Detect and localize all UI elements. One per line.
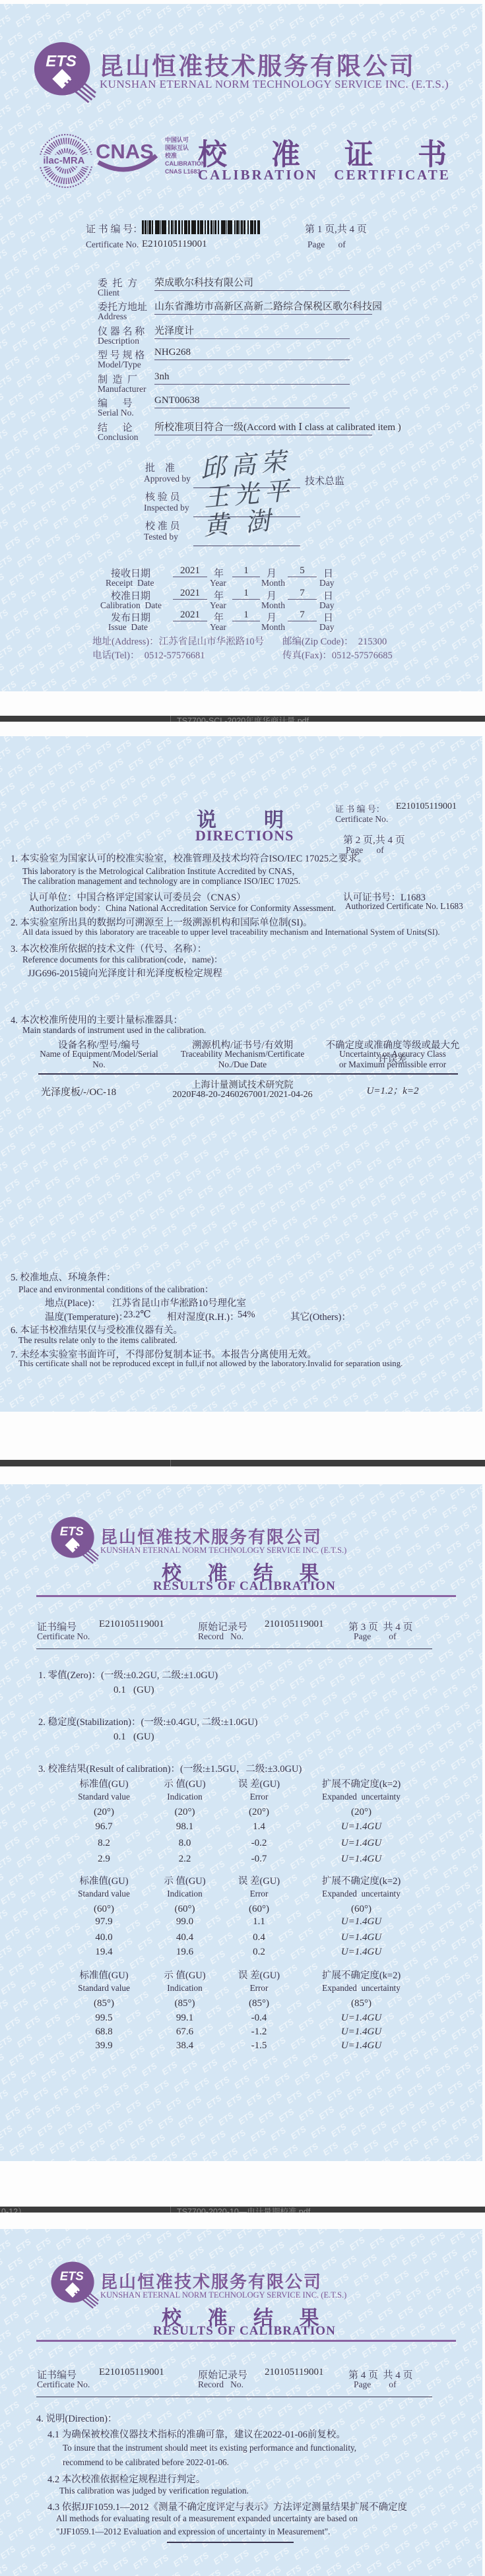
field-label-en: Description — [98, 336, 139, 346]
company-name-en: KUNSHAN ETERNAL NORM TECHNOLOGY SERVICE … — [100, 1546, 346, 1555]
divider-rule — [36, 2397, 432, 2397]
col-indication-en: Indication — [142, 1792, 228, 1802]
standard-value: 2.9 — [59, 1854, 148, 1865]
certificate-no-label-en: Certificate No. — [37, 1631, 90, 1642]
traceability-cert-no-due: 2020F48-20-2460267001/2021-04-26 — [165, 1090, 320, 1100]
angle-60: (60°) — [59, 1904, 148, 1915]
company-name-cn: 昆山恒准技术服务有限公司 — [100, 2269, 322, 2293]
error-value: 1.4 — [218, 1821, 300, 1833]
col-indication-en: Indication — [142, 1983, 228, 1994]
field-label-en: Model/Type — [98, 360, 141, 370]
company-name-en: KUNSHAN ETERNAL NORM TECHNOLOGY SERVICE … — [100, 78, 449, 91]
humidity-label: 相对湿度(R.H.)： — [167, 1309, 240, 1323]
indication-value: 8.0 — [142, 1838, 228, 1849]
standard-value: 8.2 — [59, 1838, 148, 1849]
indication-value: 99.1 — [142, 2013, 228, 2024]
uncertainty-value: U=1.4GU — [307, 1932, 416, 1943]
col-uncertainty-en: Expanded uncertainty — [307, 1792, 416, 1802]
col-standard-en: Standard value — [59, 1983, 148, 1994]
ets-logo — [50, 1516, 99, 1565]
direction-item-1-en: The calibration management and technolog… — [22, 876, 300, 887]
certificate-no-value: E210105119001 — [99, 2367, 164, 2378]
note-4-3-en2: "JJF1059.1—2012 Evaluation and expressio… — [56, 2527, 330, 2537]
ets-logo — [50, 2261, 99, 2309]
tester-label-en: Tested by — [144, 532, 178, 542]
inspector-label-cn: 核 验 员 — [145, 489, 180, 503]
col-error-cn: 误 差(GU) — [218, 1968, 300, 1982]
ets-logo — [33, 41, 96, 104]
page-number-en: Page of — [307, 239, 346, 250]
error-value: -0.7 — [218, 1854, 300, 1865]
place-value: 江苏省昆山市华淞路10号理化室 — [112, 1296, 246, 1309]
end-of-report-rule — [167, 2542, 294, 2543]
field-value-description: 光泽度计 — [154, 323, 350, 339]
direction-item-6-en: The results relate only to the items cal… — [18, 1335, 178, 1346]
page-4-results-of-calibration: 昆山恒准技术服务有限公司 KUNSHAN ETERNAL NORM TECHNO… — [0, 2229, 482, 2576]
angle-60: (60°) — [142, 1904, 228, 1915]
standard-value: 96.7 — [59, 1821, 148, 1833]
col-indication-en: Indication — [142, 1889, 228, 1899]
standard-value: 97.9 — [59, 1916, 148, 1928]
direction-item-6-cn: 6. 本证书校准结果仅与受校准仪器有关。 — [11, 1323, 183, 1336]
page-3-results-of-calibration: 昆山恒准技术服务有限公司 KUNSHAN ETERNAL NORM TECHNO… — [0, 1484, 482, 2161]
uncertainty-value: U=1.4GU — [307, 2013, 416, 2024]
direction-item-2-cn: 2. 本实验室所出具的数据均可溯源至上一级溯源机构和国际单位制(SI)。 — [11, 915, 313, 929]
calibration-day: 7 — [288, 588, 317, 600]
col-error-en: Error — [218, 1792, 300, 1802]
page-number-cn: 第 2 页,共 4 页 — [343, 832, 405, 846]
indication-value: 99.0 — [142, 1916, 228, 1928]
direction-item-2-en: All data issued by this laboratory are t… — [22, 927, 440, 937]
note-4-3-en: All methods for evaluating result of a m… — [56, 2513, 358, 2524]
certificate-no-label-cn: 证 书 编 号： — [86, 222, 143, 236]
uncertainty-value: U=1.4GU — [307, 2040, 416, 2052]
calibration-month: 1 — [232, 588, 260, 600]
reference-document: JJG696-2015镜向光泽度计和光泽度板检定规程 — [28, 966, 222, 980]
cnas-logo — [95, 139, 162, 177]
note-4-2-cn: 4.2 本次校准依据检定规程进行判定。 — [48, 2472, 205, 2486]
tester-signature: 黄 澍 — [202, 499, 277, 542]
col-uncertainty-cn: 扩展不确定度(k=2) — [307, 1873, 416, 1887]
standard-value: 39.9 — [59, 2040, 148, 2052]
col-standard-cn: 标准值(GU) — [59, 1968, 148, 1982]
traceability-institute: 上海计量测试技术研究院 — [165, 1078, 320, 1091]
standard-value: 99.5 — [59, 2013, 148, 2024]
pdf-page-separator — [0, 1460, 485, 1466]
zero-item-label: 1. 零值(Zero)：(一级:±0.2GU, 二级:±1.0GU) — [38, 1668, 218, 1681]
temperature-value: 23.2℃ — [123, 1309, 151, 1321]
separator-divider — [170, 2207, 171, 2213]
col-standard-cn: 标准值(GU) — [59, 1873, 148, 1887]
angle-60: (60°) — [218, 1904, 300, 1915]
year-unit-en: Year — [210, 622, 226, 633]
lab-address: 地址(Address)：江苏省昆山市华淞路10号 — [92, 634, 264, 648]
angle-20: (20°) — [307, 1807, 416, 1818]
pdf-page-separator: 0-12） TS7700-2020-10—电计量期校准.pdf — [0, 2207, 485, 2213]
standard-value: 68.8 — [59, 2026, 148, 2038]
standard-value: 19.4 — [59, 1947, 148, 1958]
accreditation-body-en: Authorization body：China National Accred… — [29, 901, 336, 914]
approver-title: 技术总监 — [305, 474, 344, 487]
col-standard-en: Standard value — [59, 1792, 148, 1802]
month-unit-en: Month — [261, 578, 285, 588]
direction-item-1-cn: 1. 本实验室为国家认可的校准实验室，校准管理及技术均符合ISO/IEC 170… — [11, 851, 367, 865]
note-4-2-en: This calibration was judged by verificat… — [59, 2486, 249, 2496]
uncertainty-value: U=1.4GU — [307, 2026, 416, 2038]
indication-value: 19.6 — [142, 1947, 228, 1958]
pdf-filename-text: TS7700-SCL-2020年度华商计量.pdf — [177, 716, 309, 722]
field-value-manufacturer: 3nh — [154, 371, 350, 385]
month-unit-en: Month — [261, 622, 285, 633]
year-unit-en: Year — [210, 600, 226, 611]
calibration-year: 2021 — [173, 588, 207, 600]
note-4-3-cn: 4.3 依据JJF1059.1—2012《测量不确定度评定与表示》方法评定测量结… — [48, 2499, 482, 2513]
standard-equipment-name: 光泽度板/-/OC-18 — [41, 1084, 116, 1098]
signature-line — [193, 546, 300, 546]
uncertainty-value: U=1.4GU — [307, 1838, 416, 1849]
month-unit-en: Month — [261, 600, 285, 611]
certificate-no-value: E210105119001 — [396, 801, 457, 812]
angle-20: (20°) — [59, 1807, 148, 1818]
lab-telephone: 电话(Tel)： 0512-57576681 — [92, 648, 205, 662]
field-value-client: 荣成歌尔科技有限公司 — [154, 275, 350, 291]
scanned-calibration-certificate-document: 昆山恒准技术服务有限公司 KUNSHAN ETERNAL NORM TECHNO… — [0, 0, 485, 2576]
direction-item-4-en: Main standards of instrument used in the… — [22, 1025, 206, 1036]
error-value: -0.4 — [218, 2013, 300, 2024]
direction-item-4-cn: 4. 本次校准所使用的主要计量标准器具： — [11, 1013, 183, 1026]
direction-item-5-en: Place and environmental conditions of th… — [18, 1282, 213, 1295]
stabilization-item-label: 2. 稳定度(Stabilization)：(一级:±0.4GU, 二级:±1.… — [38, 1714, 257, 1728]
page-2-directions: 说 明 DIRECTIONS 证 书 编 号： E210105119001 Ce… — [0, 736, 482, 1412]
accreditation-cert-no-en: Authorized Certificate No. L1683 — [345, 901, 463, 912]
tester-label-cn: 校 准 员 — [145, 518, 180, 532]
place-label: 地点(Place)： — [45, 1296, 101, 1309]
col-indication-cn: 示 值(GU) — [142, 1776, 228, 1790]
table-header-rule — [38, 1073, 458, 1075]
company-name-cn: 昆山恒准技术服务有限公司 — [100, 1524, 322, 1548]
uncertainty-value: U=1.4GU — [307, 1916, 416, 1928]
lab-fax: 传真(Fax)：0512-57576685 — [282, 648, 393, 662]
approver-label-en: Approved by — [144, 474, 191, 484]
result-item-label: 3. 校准结果(Result of calibration)：(一级:±1.5G… — [38, 1761, 302, 1775]
separator-divider — [170, 716, 171, 722]
record-no-label-en: Record No. — [198, 2379, 243, 2390]
stabilization-value: 0.1 (GU) — [113, 1732, 154, 1743]
note-4-1-en2: recommend to be calibrated before 2022-0… — [63, 2457, 229, 2468]
temperature-label: 温度(Temperature)： — [45, 1309, 128, 1323]
indication-value: 40.4 — [142, 1932, 228, 1943]
angle-20: (20°) — [218, 1807, 300, 1818]
field-label-en: Client — [98, 288, 119, 298]
header-rule — [36, 1595, 456, 1597]
direction-item-7-en: This certificate shall not be reproduced… — [18, 1359, 403, 1369]
inspector-label-en: Inspected by — [144, 503, 189, 513]
pdf-filename-text: TS7700-2020-10—电计量期校准.pdf — [177, 2207, 310, 2213]
note-4-1-cn: 4.1 为确保被校准仪器技术指标的准确可靠，建议在2022-01-06前复校。 — [48, 2427, 346, 2441]
col-error-cn: 误 差(GU) — [218, 1776, 300, 1790]
issue-date-label-en: Issue Date — [108, 622, 148, 633]
certificate-no-label-cn: 证 书 编 号： — [335, 802, 385, 815]
field-label-en: Manufacturer — [98, 384, 146, 394]
field-value-model: NHG268 — [154, 347, 350, 360]
error-value: -1.2 — [218, 2026, 300, 2038]
angle-85: (85°) — [59, 1998, 148, 2009]
uncertainty-value: U=1.4GU — [307, 1821, 416, 1833]
col-uncertainty-en: Expanded uncertainty — [307, 1983, 416, 1994]
uncertainty-value: U=1.4GU — [307, 1947, 416, 1958]
table-header-uncertainty-en2: or Maximum permissible error — [323, 1059, 462, 1070]
direction-item-1-en: This laboratory is the Metrological Cali… — [22, 864, 301, 877]
company-name-cn: 昆山恒准技术服务有限公司 — [99, 46, 416, 82]
pdf-filename-fragment: 0-12） — [1, 2207, 26, 2213]
col-indication-cn: 示 值(GU) — [142, 1873, 228, 1887]
day-unit-en: Day — [319, 600, 335, 611]
angle-60: (60°) — [307, 1904, 416, 1915]
lab-zipcode: 邮编(Zip Code)： 215300 — [282, 634, 387, 648]
field-label-en: Serial No. — [98, 408, 134, 418]
indication-value: 38.4 — [142, 2040, 228, 2052]
standard-value: 40.0 — [59, 1932, 148, 1943]
direction-item-3-en: Reference documents for this calibration… — [22, 953, 222, 965]
humidity-value: 54% — [238, 1309, 255, 1321]
indication-value: 98.1 — [142, 1821, 228, 1833]
direction-item-5-cn: 5. 校准地点、环境条件： — [11, 1270, 116, 1284]
ilac-mra-logo — [38, 133, 94, 189]
col-indication-cn: 示 值(GU) — [142, 1968, 228, 1982]
col-uncertainty-cn: 扩展不确定度(k=2) — [307, 1776, 416, 1790]
error-value: 0.4 — [218, 1932, 300, 1943]
document-title-en: CALIBRATION CERTIFICATE — [198, 167, 451, 183]
certificate-barcode — [142, 220, 261, 234]
field-label-en: Address — [98, 311, 127, 322]
certificate-no-label-en: Certificate No. — [335, 814, 388, 825]
error-value: 1.1 — [218, 1916, 300, 1928]
page-number-en: Page of — [354, 1631, 397, 1642]
results-title-en: RESULTS OF CALIBRATION — [153, 2324, 336, 2339]
direction-section-title: 4. 说明(Direction)： — [36, 2411, 117, 2425]
col-error-cn: 误 差(GU) — [218, 1873, 300, 1887]
col-uncertainty-cn: 扩展不确定度(k=2) — [307, 1968, 416, 1982]
record-no-label-en: Record No. — [198, 1631, 243, 1642]
issue-day: 7 — [288, 610, 317, 621]
separator-divider — [170, 1460, 171, 1466]
error-value: -0.2 — [218, 1838, 300, 1849]
year-unit-en: Year — [210, 578, 226, 588]
company-name-en: KUNSHAN ETERNAL NORM TECHNOLOGY SERVICE … — [100, 2290, 346, 2300]
field-label-en: Conclusion — [98, 432, 139, 443]
page-number-en: Page of — [354, 2379, 397, 2390]
col-standard-cn: 标准值(GU) — [59, 1776, 148, 1790]
angle-85: (85°) — [142, 1998, 228, 2009]
receipt-month: 1 — [232, 565, 260, 577]
calibration-date-label-en: Calibration Date — [100, 600, 162, 611]
record-no-value: 210105119001 — [265, 2367, 323, 2378]
page-1-calibration-certificate: 昆山恒准技术服务有限公司 KUNSHAN ETERNAL NORM TECHNO… — [0, 4, 482, 691]
col-standard-en: Standard value — [59, 1889, 148, 1899]
approver-label-cn: 批 准 — [145, 460, 175, 474]
field-value-conclusion: 所校准项目符合一级(Accord with Ⅰ class at calibra… — [154, 420, 372, 435]
certificate-no-label-en: Certificate No. — [86, 239, 139, 250]
col-uncertainty-en: Expanded uncertainty — [307, 1889, 416, 1899]
day-unit-en: Day — [319, 622, 335, 633]
pdf-page-separator: TS7700-SCL-2020年度华商计量.pdf — [0, 716, 485, 722]
zero-value: 0.1 (GU) — [113, 1685, 154, 1696]
field-value-serial-no: GNT00638 — [154, 395, 350, 408]
certificate-no-label-en: Certificate No. — [37, 2379, 90, 2390]
day-unit-en: Day — [319, 578, 335, 588]
issue-year: 2021 — [173, 610, 207, 621]
angle-20: (20°) — [142, 1807, 228, 1818]
results-title-en: RESULTS OF CALIBRATION — [153, 1579, 336, 1594]
indication-value: 2.2 — [142, 1854, 228, 1865]
note-4-1-en: To insure that the instrument should mee… — [63, 2443, 356, 2453]
standard-uncertainty: U=1.2；k=2 — [323, 1083, 462, 1097]
issue-month: 1 — [232, 610, 260, 621]
certificate-no-value: E210105119001 — [99, 1619, 164, 1630]
certificate-no-value: E210105119001 — [142, 239, 207, 250]
page-number-cn: 第 1 页,共 4 页 — [305, 222, 367, 236]
field-value-address: 山东省潍坊市高新区高新二路综合保税区歌尔科技园 — [154, 299, 372, 315]
uncertainty-value: U=1.4GU — [307, 1854, 416, 1865]
error-value: -1.5 — [218, 2040, 300, 2052]
directions-title-en: DIRECTIONS — [195, 827, 294, 844]
others-label: 其它(Others)： — [290, 1309, 351, 1323]
col-error-en: Error — [218, 1889, 300, 1899]
receipt-day: 5 — [288, 565, 317, 577]
table-header-equipment-en: Name of Equipment/Model/Serial No. — [36, 1049, 162, 1070]
receipt-date-label-en: Receipt Date — [106, 578, 154, 588]
col-error-en: Error — [218, 1983, 300, 1994]
record-no-value: 210105119001 — [265, 1619, 323, 1630]
table-header-uncertainty-en: Uncertainty or Accuracy Class — [323, 1049, 462, 1059]
divider-rule — [36, 1649, 432, 1649]
angle-85: (85°) — [307, 1998, 416, 2009]
header-rule — [36, 2340, 456, 2342]
table-header-traceability-en: Traceability Mechanism/Certificate No./D… — [165, 1049, 320, 1070]
indication-value: 67.6 — [142, 2026, 228, 2038]
receipt-year: 2021 — [173, 565, 207, 577]
error-value: 0.2 — [218, 1947, 300, 1958]
angle-85: (85°) — [218, 1998, 300, 2009]
